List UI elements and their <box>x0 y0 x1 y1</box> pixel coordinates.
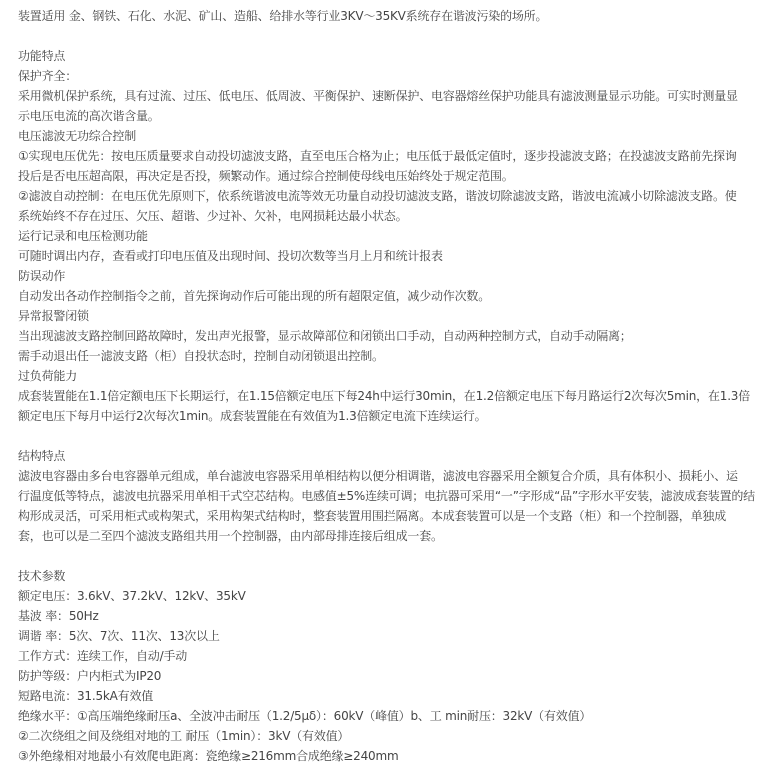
spec-operating-mode: 工作方式：连续工作，自动/手动 <box>18 646 758 666</box>
overload-text: 额定电压下每月中运行2次每次1min。成套装置能在有效值为1.3倍额定电流下连续… <box>18 406 758 426</box>
features-title: 功能特点 <box>18 46 758 66</box>
voltage-control-text: 系统始终不存在过压、欠压、超谐、少过补、欠补，电网损耗达最小状态。 <box>18 206 758 226</box>
structure-text: 行温度低等特点，滤波电抗器采用单相干式空芯结构。电感值±5%连续可调；电抗器可采… <box>18 486 758 506</box>
spec-insulation-secondary: ②二次绕组之间及绕组对地的工 耐压（1min）：3kV（有效值） <box>18 726 758 746</box>
protection-heading: 保护齐全： <box>18 66 758 86</box>
recording-heading: 运行记录和电压检测功能 <box>18 226 758 246</box>
spec-short-circuit-current: 短路电流：31.5kA有效值 <box>18 686 758 706</box>
alarm-text: 需手动退出任一滤波支路（柜）自投状态时，控制自动闭锁退出控制。 <box>18 346 758 366</box>
structure-text: 构形成灵活，可采用柜式或构架式，采用构架式结构时，整套装置用围拦隔离。本成套装置… <box>18 506 758 526</box>
alarm-text: 当出现滤波支路控制回路故障时，发出声光报警，显示故障部位和闭锁出口手动，自动两种… <box>18 326 758 346</box>
spec-fundamental-frequency: 基波 率：50Hz <box>18 606 758 626</box>
misoperation-text: 自动发出各动作控制指令之前，首先探询动作后可能出现的所有超限定值，减少动作次数。 <box>18 286 758 306</box>
specs-title: 技术参数 <box>18 566 758 586</box>
protection-text: 示电压电流的高次谐含量。 <box>18 106 758 126</box>
misoperation-heading: 防误动作 <box>18 266 758 286</box>
protection-text: 采用微机保护系统，具有过流、过压、低电压、低周波、平衡保护、速断保护、电容器熔丝… <box>18 86 758 106</box>
alarm-heading: 异常报警闭锁 <box>18 306 758 326</box>
voltage-control-text: ①实现电压优先：按电压质量要求自动投切滤波支路，直至电压合格为止；电压低于最低定… <box>18 146 758 166</box>
product-description: 装置适用 金、钢铁、石化、水泥、矿山、造船、给排水等行业3KV～35KV系统存在… <box>18 6 758 766</box>
structure-text: 滤波电容器由多台电容器单元组成，单台滤波电容器采用单相结构以便分相调谐，滤波电容… <box>18 466 758 486</box>
recording-text: 可随时调出内存，查看或打印电压值及出现时间、投切次数等当月上月和统计报表 <box>18 246 758 266</box>
spec-tuning-frequency: 调谐 率：5次、7次、11次、13次以上 <box>18 626 758 646</box>
voltage-control-text: 投后是否电压超高限，再决定是否投，频繁动作。通过综合控制使母线电压始终处于规定范… <box>18 166 758 186</box>
structure-text: 套，也可以是二至四个滤波支路组共用一个控制器，由内部母排连接后组成一套。 <box>18 526 758 546</box>
overload-text: 成套装置能在1.1倍定额电压下长期运行，在1.15倍额定电压下每24h中运行30… <box>18 386 758 406</box>
overload-heading: 过负荷能力 <box>18 366 758 386</box>
spec-creepage-distance: ③外绝缘相对地最小有效爬电距离：瓷绝缘≥216mm合成绝缘≥240mm <box>18 746 758 766</box>
structure-title: 结构特点 <box>18 446 758 466</box>
intro-text: 装置适用 金、钢铁、石化、水泥、矿山、造船、给排水等行业3KV～35KV系统存在… <box>18 6 758 26</box>
spec-protection-class: 防护等级：户内柜式为IP20 <box>18 666 758 686</box>
spec-rated-voltage: 额定电压：3.6kV、37.2kV、12kV、35kV <box>18 586 758 606</box>
spec-insulation-level: 绝缘水平：①高压端绝缘耐压a、全波冲击耐压（1.2/5μδ）：60kV（峰值）b… <box>18 706 758 726</box>
voltage-control-heading: 电压滤波无功综合控制 <box>18 126 758 146</box>
voltage-control-text: ②滤波自动控制：在电压优先原则下，依系统谐波电流等效无功量自动投切滤波支路，谐波… <box>18 186 758 206</box>
